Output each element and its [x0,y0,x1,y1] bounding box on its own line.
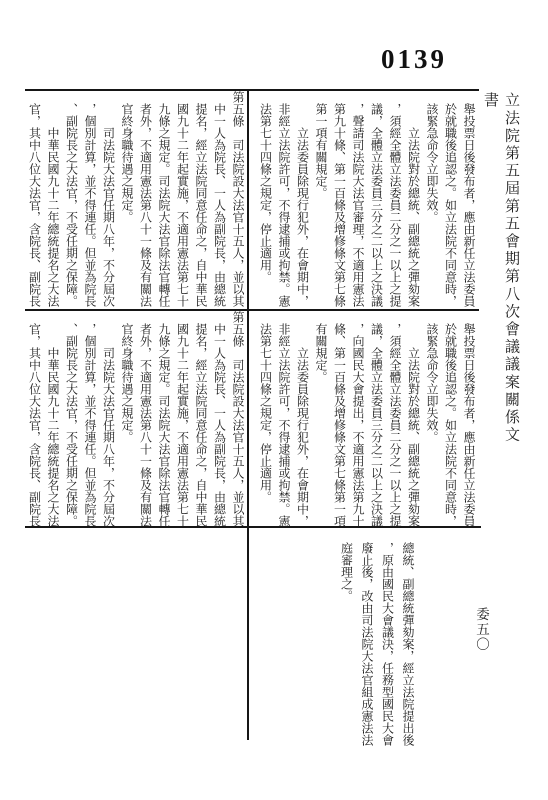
page-stamp-number: 0139 [381,44,447,75]
scanned-document-page: 0139 立法院第五屆第五會期第八次會議議案關係文書 委五〇 舉投票日後發布者，… [0,0,548,800]
table-article-divider [247,89,249,740]
current-text-article4-cell: 舉投票日後發布者，應由新任立法委員 於就職後追認之。如立法院不同意時， 該緊急命… [250,311,478,527]
document-side-title: 立法院第五屆第五會期第八次會議議案關係文書 [480,92,522,460]
explanation-article4-cell: 總統、副總統彈劾案，經立法院提出後 ，原由國民大會議決，任務型國民大會 廢止後，… [250,528,478,758]
amended-text-article4-cell: 舉投票日後發布者，應由新任立法委員 於就職後追認之。如立法院不同意時， 該緊急命… [250,91,478,309]
current-text-article5-cell: 第五條 司法院設大法官十五人，並以其 中一人為院長、一人為副院長，由總統 提名，… [25,311,247,527]
amended-text-article5-cell: 第五條 司法院設大法官十五人，並以其 中一人為院長、一人為副院長，由總統 提名，… [25,91,247,309]
